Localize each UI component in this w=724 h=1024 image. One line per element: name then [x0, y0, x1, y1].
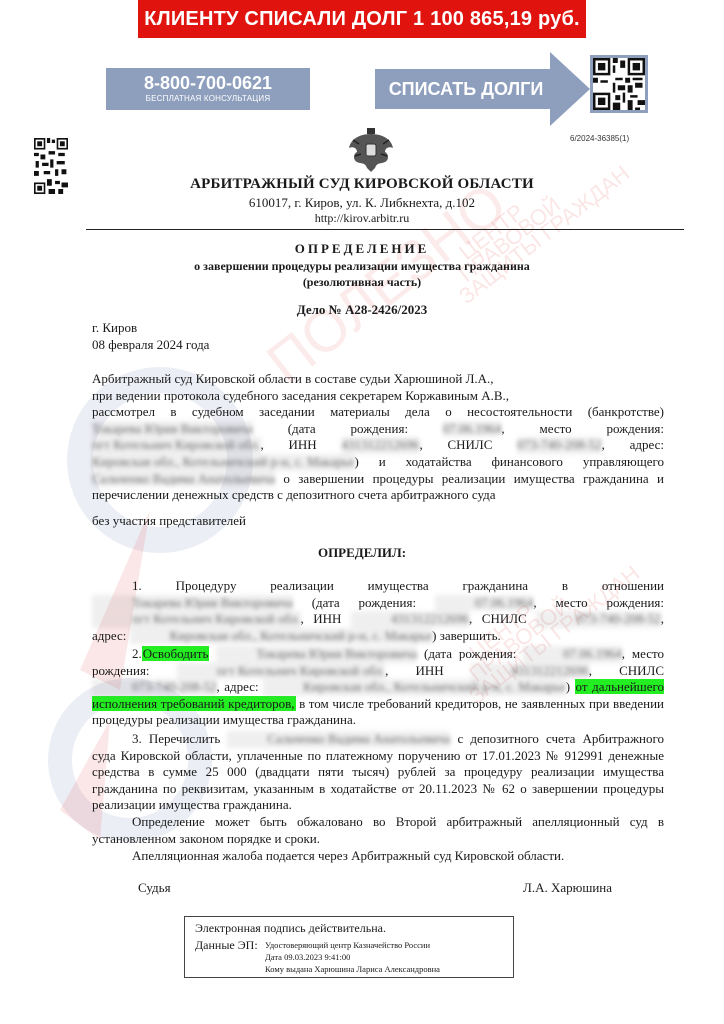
- redacted-birthplace: пгт Котельнич Кировской обл.: [92, 437, 261, 454]
- qr-code-icon[interactable]: [590, 55, 648, 113]
- redacted-financial-manager: Сальченко Вадима Анатольевича: [227, 731, 450, 748]
- address-label: , адрес:: [217, 679, 259, 694]
- redacted-financial-manager: Сальченко Вадима Анатольевича: [92, 471, 275, 488]
- redacted-debtor-name: Токарева Юрия Викторовича: [216, 646, 417, 663]
- birth-label: (дата рождения:: [424, 646, 516, 661]
- redacted-snils: 073-740-208-52: [517, 437, 602, 454]
- phone-subtitle: БЕСПЛАТНАЯ КОНСУЛЬТАЦИЯ: [106, 94, 310, 104]
- item-3-start: 3. Перечислить: [132, 731, 220, 746]
- court-name: АРБИТРАЖНЫЙ СУД КИРОВСКОЙ ОБЛАСТИ: [0, 176, 724, 193]
- address-label: , адрес:: [602, 437, 664, 452]
- document-id: 6/2024-36385(1): [570, 134, 629, 143]
- header-divider: [86, 229, 684, 230]
- judge-label: Судья: [138, 880, 171, 896]
- signature-owner: Кому выдана Харюшина Лариса Александровн…: [265, 963, 440, 975]
- coat-of-arms-icon: [347, 128, 395, 174]
- redacted-inn: 431312212696: [471, 663, 589, 680]
- redacted-debtor-name: Токарева Юрия Викторовича: [92, 595, 293, 612]
- intro-line-2: при ведении протокола судебного заседани…: [92, 388, 664, 405]
- redacted-birthplace: пгт Котельнич Кировской обл.: [92, 611, 301, 628]
- document-subtitle: о завершении процедуры реализации имущес…: [0, 259, 724, 274]
- item-2-number: 2.: [132, 646, 142, 661]
- ruling-title: ОПРЕДЕЛИЛ:: [0, 545, 724, 561]
- phone-number: 8-800-700-0621: [106, 72, 310, 94]
- appeal-submission: Апелляционная жалоба подается через Арби…: [92, 848, 664, 865]
- redacted-address: Кировская обл., Котельничский р-н, с. Ма…: [92, 454, 355, 471]
- snils-label: , СНИЛС: [469, 611, 527, 626]
- redacted-birth-date: 07.06.1964: [443, 421, 502, 438]
- signature-valid: Электронная подпись действительна.: [195, 921, 503, 936]
- debt-written-off-banner: КЛИЕНТУ СПИСАЛИ ДОЛГ 1 100 865,19 руб.: [138, 0, 586, 38]
- birthplace-label: , место рождения:: [533, 595, 664, 610]
- snils-label: , СНИЛС: [419, 437, 492, 452]
- birth-label: (дата рождения:: [288, 421, 408, 436]
- intro-paragraph: Арбитражный суд Кировской области в сост…: [92, 371, 664, 504]
- redacted-address: Кировская обл., Котельничский р-н, с. Ма…: [263, 679, 566, 696]
- ruling-item-2: 2.Освободить Токарева Юрия Викторовича (…: [92, 646, 664, 729]
- judge-name: Л.А. Харюшина: [523, 880, 612, 896]
- signature-date: Дата 09.03.2023 9:41:00: [265, 951, 440, 963]
- intro-line-1: Арбитражный суд Кировской области в сост…: [92, 371, 664, 388]
- birth-label: (дата рождения:: [312, 595, 416, 610]
- redacted-inn: 431312212696: [341, 437, 419, 454]
- inn-label: , ИНН: [261, 437, 317, 452]
- redacted-birth-date: 07.06.1964: [435, 595, 534, 612]
- document-subtitle-part: (резолютивная часть): [0, 275, 724, 290]
- redacted-inn: 431312212696: [351, 611, 469, 628]
- electronic-signature-box: Электронная подпись действительна. Данны…: [184, 916, 514, 978]
- ruling-item-3: 3. Перечислить Сальченко Вадима Анатолье…: [92, 731, 664, 814]
- redacted-snils: 073-740-208-52: [92, 679, 217, 696]
- item-1-end: ) завершить.: [432, 628, 501, 643]
- no-representatives: без участия представителей: [92, 513, 664, 530]
- signature-issuer: Удостоверяющий центр Казначейство России: [265, 939, 440, 951]
- intro-body: рассмотрел в судебном заседании материал…: [92, 404, 664, 504]
- document-title: ОПРЕДЕЛЕНИЕ: [0, 241, 724, 257]
- redacted-address: Кировская обл., Котельничский р-н, с. Ма…: [130, 628, 433, 645]
- item-1-text: 1. Процедуру реализации имущества гражда…: [132, 578, 664, 593]
- court-website-link[interactable]: http://kirov.arbitr.ru: [0, 211, 724, 226]
- write-off-debts-label: СПИСАТЬ ДОЛГИ: [375, 52, 557, 126]
- inn-label: , ИНН: [301, 611, 342, 626]
- snils-label: , СНИЛС: [589, 663, 664, 678]
- redacted-birth-date: 07.06.1964: [523, 646, 622, 663]
- case-number: Дело № А28-2426/2023: [0, 302, 724, 318]
- redacted-debtor-name: Токарева Юрия Викторовича: [92, 421, 253, 438]
- city: г. Киров: [92, 320, 137, 336]
- redacted-snils: 073-740-208-52: [536, 611, 661, 628]
- document-date: 08 февраля 2024 года: [92, 337, 209, 353]
- write-off-debts-button[interactable]: СПИСАТЬ ДОЛГИ: [375, 52, 595, 126]
- birthplace-label: , место рождения:: [501, 421, 664, 436]
- redacted-birthplace: пгт Котельнич Кировской обл.: [177, 663, 386, 680]
- financial-manager-text: ) и ходатайства финансового управляющего: [355, 454, 664, 469]
- phone-consultation-button[interactable]: 8-800-700-0621 БЕСПЛАТНАЯ КОНСУЛЬТАЦИЯ: [106, 68, 310, 110]
- appeal-info: Определение может быть обжаловано во Вто…: [92, 814, 664, 847]
- intro-line-3: рассмотрел в судебном заседании материал…: [92, 404, 664, 419]
- ruling-item-1: 1. Процедуру реализации имущества гражда…: [92, 578, 664, 644]
- signature-data-label: Данные ЭП:: [195, 938, 265, 975]
- court-address: 610017, г. Киров, ул. К. Либкнехта, д.10…: [0, 195, 724, 211]
- highlight-release: Освободить: [142, 646, 210, 661]
- inn-label: , ИНН: [385, 663, 444, 678]
